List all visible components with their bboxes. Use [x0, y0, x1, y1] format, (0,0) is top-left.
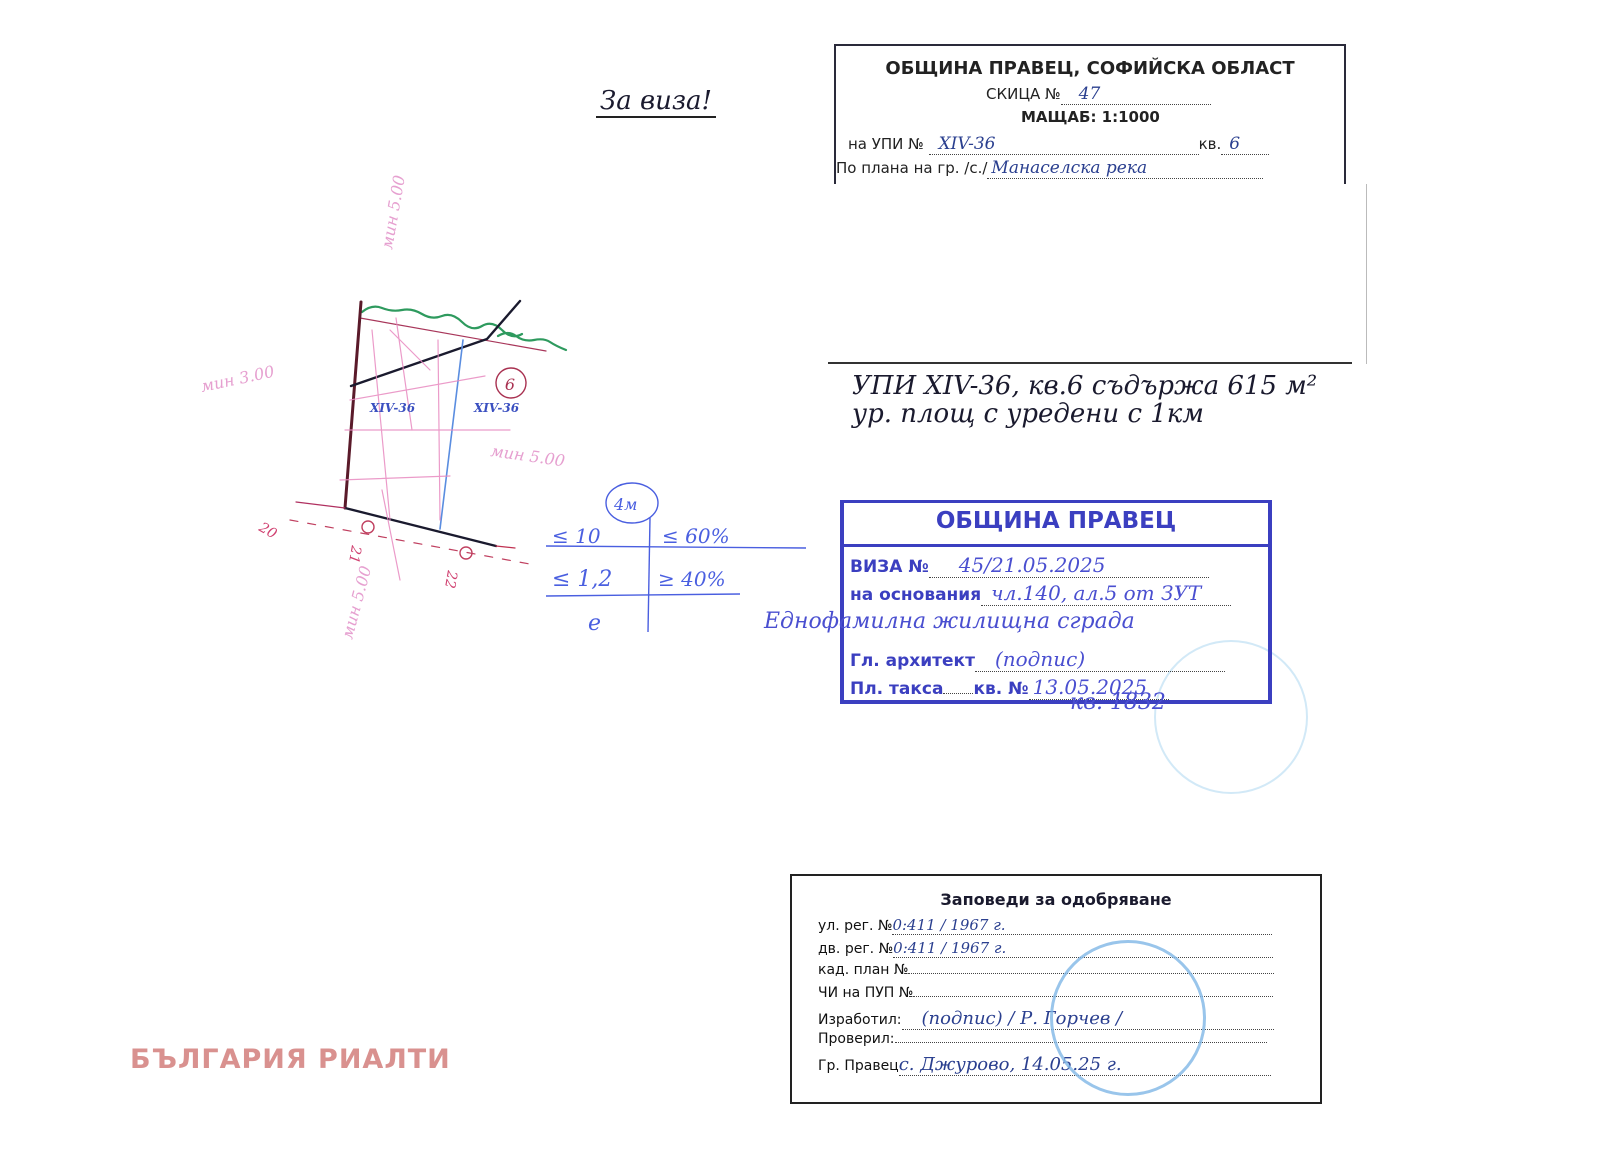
- architect-row: Гл. архитект(подпис): [850, 647, 1225, 672]
- row-label: Гр. Правец: [818, 1058, 899, 1074]
- basis-extra: Еднофамилна жилищна сграда: [764, 609, 1135, 634]
- fee-mid-label: кв. №: [973, 679, 1028, 699]
- approval-row: Гр. Правецс. Джурово, 14.05.25 г.: [818, 1054, 1271, 1076]
- row-label: Изработил:: [818, 1012, 902, 1028]
- setback-label: мин 3.00: [199, 362, 276, 396]
- approval-row: ул. рег. №0:411 / 1967 г.: [818, 916, 1272, 935]
- row-value: 0:411 / 1967 г.: [893, 939, 1006, 957]
- plot-label: XIV-36: [369, 401, 416, 415]
- municipal-seal: [1050, 940, 1206, 1096]
- approval-title: Заповеди за одобряване: [792, 890, 1320, 909]
- stamp-header: ОБЩИНА ПРАВЕЦ: [844, 508, 1268, 534]
- point-label: 21: [345, 543, 364, 564]
- approval-row: кад. план №: [818, 962, 1274, 978]
- row-label: ул. рег. №: [818, 918, 892, 934]
- basis-label: на основания: [850, 585, 981, 605]
- basis-row: на основаниячл.140, ал.5 от ЗУТ: [850, 581, 1231, 606]
- visa-value: 45/21.05.2025: [959, 553, 1106, 577]
- fee-label: Пл. такса: [850, 679, 943, 699]
- setback-label: мин 5.00: [489, 441, 566, 470]
- row-value: 0:411 / 1967 г.: [892, 916, 1005, 934]
- visa-number-row: ВИЗА №45/21.05.2025: [850, 553, 1209, 578]
- visa-label: ВИЗА №: [850, 557, 929, 577]
- block-circle-label: 6: [505, 375, 515, 394]
- zoning-green: ≥ 40%: [658, 567, 726, 591]
- setback-label: мин 5.00: [338, 564, 376, 641]
- stamp-extra-note: кв. 1832: [1070, 690, 1166, 715]
- row-label: дв. рег. №: [818, 941, 893, 957]
- basis-value: чл.140, ал.5 от ЗУТ: [991, 581, 1201, 605]
- zoning-density: ≤ 60%: [662, 524, 730, 548]
- zoning-type: е: [588, 611, 601, 636]
- visa-stamp: ОБЩИНА ПРАВЕЦ ВИЗА №45/21.05.2025 на осн…: [840, 500, 1272, 704]
- basis-extra-row: Еднофамилна жилищна сграда: [764, 609, 1135, 634]
- brand-watermark: БЪЛГАРИЯ РИАЛТИ: [130, 1044, 451, 1075]
- setback-label: мин 5.00: [377, 174, 409, 251]
- row-label: кад. план №: [818, 962, 908, 978]
- row-label: Проверил:: [818, 1031, 895, 1047]
- zone-label: 4м: [613, 495, 637, 514]
- point-label: 22: [441, 568, 460, 589]
- zoning-height: ≤ 10: [552, 524, 601, 548]
- architect-label: Гл. архитект: [850, 651, 975, 671]
- plot-label-neighbor: XIV-36: [473, 401, 520, 415]
- approval-row: ЧИ на ПУП №: [818, 985, 1273, 1001]
- zoning-kint: ≤ 1,2: [552, 567, 612, 592]
- point-label: 20: [255, 519, 279, 542]
- row-label: ЧИ на ПУП №: [818, 985, 913, 1001]
- approval-row: дв. рег. №0:411 / 1967 г.: [818, 939, 1273, 958]
- architect-signature: (подпис): [995, 647, 1085, 671]
